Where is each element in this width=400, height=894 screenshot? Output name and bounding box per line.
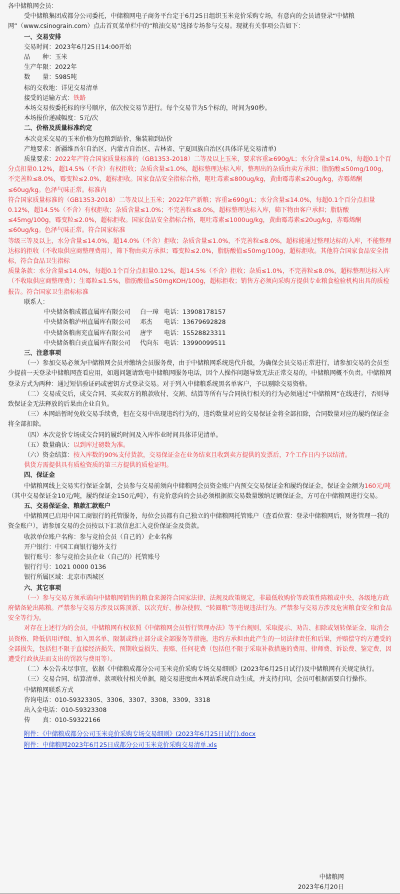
quality-requirement-3: 等级三等及以上，水分含量≤14.0%，超14.0%（不含）拒收；杂质含量≤1.0… <box>8 237 392 268</box>
quantity-confirm-value: 以到库过磅数为准。 <box>74 442 130 449</box>
footer-org: 中储粮网 <box>319 873 344 883</box>
other-item-1b: 对存在上述行为的会员，中储粮网有权依照《中储粮网会员暂行管理办法》等平台规则，采… <box>8 624 392 665</box>
section1-title: 一、交易安排 <box>8 33 392 43</box>
contact-phone: 电话：15528823311 <box>164 329 226 339</box>
quality-requirement-1: 质量要求：2022年产符合国家质量标准的（GB1353-2018）二等及以上玉米… <box>8 155 392 196</box>
contact-title: 中储粮网联系方式 <box>8 686 392 696</box>
delivery-label: 标的交收地： <box>24 85 61 92</box>
notice-item-6: （六）资金结算：按入库数的90%支付货款，交易保证金在业务结束且收到卖方提供的发… <box>8 451 392 461</box>
contact-name: 唐宇 <box>140 329 164 339</box>
trade-time-label: 交易时间： <box>24 44 55 51</box>
contact-company: 中央储备粮成都直属库有限公司 <box>44 308 140 318</box>
section4-title: 四、保证金 <box>8 471 392 481</box>
contact-company: 中央储备粮泸州直属库有限公司 <box>44 318 140 328</box>
quality-text-1: 2022年产符合国家质量标准的（GB1353-2018）二等及以上玉米，要求容重… <box>8 156 391 194</box>
price-step-label: 本场报价递减幅度： <box>24 115 80 122</box>
attachment-rules-link[interactable]: 附件：《中储粮成都分公司玉米竞价采购专场交易细则》(2023年6月25日试行).… <box>24 731 256 738</box>
contact-row: 中央储备粮泸州直属库有限公司邓杰电话：13679692828 <box>8 318 392 328</box>
year-label: 生产年限： <box>24 64 55 71</box>
notice-item-3: （三）本网站暂时免收交易手续费，但在交易中出现违约行为的，违约数量对应的交易保证… <box>8 410 392 430</box>
announcement-body: 各中储粮网会员： 受中储粮集团成都分公司委托，中储粮网电子商务平台定于6月25日… <box>0 0 400 751</box>
contact-company: 中央储备粮南充直属库有限公司 <box>44 329 140 339</box>
quantity-confirm-label: （五）数量确认： <box>24 442 74 449</box>
trade-time-value: 2023年6月25日14:00开始 <box>55 44 131 51</box>
notice-item-1: （一）参加交易必须为中储粮网会员并缴纳会员服务费，由于中储粮网系统迭代升级，为确… <box>8 359 392 390</box>
origin-requirement: 产地要求：新疆维吾尔自治区、内蒙古自治区、吉林省、宁夏回族自治区(具体详见交易清… <box>8 145 392 155</box>
contact-name: 代向东 <box>140 339 164 349</box>
quality-requirement-4: 质量条款：水分含量≤14.0%，每超0.1个百分点扣量0.12%，超14.5%（… <box>8 267 392 298</box>
contact-row: 中央储备粮成都直属库有限公司白一璋电话：13908178157 <box>8 308 392 318</box>
section3-title: 三、注意事项 <box>8 349 392 359</box>
bank-name: 开户银行：中国工商银行德外支行 <box>8 543 392 553</box>
bank-region: 银行所属区域：北京市西城区 <box>8 573 392 583</box>
quantity: 数 量：5985吨 <box>8 73 392 83</box>
intro-paragraph: 受中储粮集团成都分公司委托，中储粮网电子商务平台定于6月25日组织玉米竞价采购专… <box>8 12 392 32</box>
section6-title: 六、其它事项 <box>8 584 392 594</box>
delivery-place: 标的交收地：详见交易清单 <box>8 84 392 94</box>
contact-name: 邓杰 <box>140 318 164 328</box>
order-note: 本场交易按委托标的序号顺序，依次按交易节进行。每个交易节为5个标的，时间为90秒… <box>8 104 392 114</box>
quantity-value: 5985吨 <box>55 74 77 81</box>
deposit-paragraph: 中储粮网线上交易实行保证金制，会员参与交易前须向中储粮网会员资金账户内预交交易保… <box>8 482 392 502</box>
transport-mode: 接受的运输方式：铁路 <box>8 94 392 104</box>
price-step-value: 5元/次 <box>80 115 98 122</box>
contact-row: 中央储备粮南充直属库有限公司唐宇电话：15528823311 <box>8 329 392 339</box>
quantity-label: 数 量： <box>24 74 55 81</box>
other-item-2: （二）本公告未尽事宜，依据《中储粮成都分公司玉米竞价采购专场交易细则》(2023… <box>8 665 392 675</box>
variety: 品 种：玉米 <box>8 53 392 63</box>
quality-label: 质量要求： <box>24 156 55 163</box>
settlement-value: 按入库数的90%支付货款，交易保证金在业务结束且收到卖方提供的发票后，7个工作日… <box>74 452 352 459</box>
section5-title: 五、交易保证金、粮款汇款账户 <box>8 502 392 512</box>
variety-value: 玉米 <box>55 54 67 61</box>
account-name: 收款单位账户名称：参与竞拍会员（自己的）企业名称 <box>8 533 392 543</box>
transport-label: 接受的运输方式： <box>24 95 74 102</box>
deposit-text-b: （其中交易保证金10元/吨，履约保证金150元/吨），有竞价意向的会员必须根据拟… <box>8 493 381 500</box>
contacts-label: 联系人： <box>8 298 392 308</box>
quality-requirement-2: 符合国家质量标准的（GB1353-2018）二等及以上玉米；2022年产新粮；容… <box>8 196 392 237</box>
price-note: 本次竞采交易的玉米价格为包粮到站价、集装箱到站价 <box>8 135 392 145</box>
variety-label: 品 种： <box>24 54 55 61</box>
fax: 传 真：010-59322166 <box>8 716 392 726</box>
transport-value: 铁路 <box>74 95 86 102</box>
bank-code: 银行行号：1021 0000 0136 <box>8 563 392 573</box>
consult-phone: 咨询电话：010-59323305、3306、3307、3308、3309、33… <box>8 696 392 706</box>
notice-item-4: （四）本次竞价专场成交合同的履约时间及入库作业时间具体详见清单。 <box>8 431 392 441</box>
year-value: 2022年 <box>55 64 77 71</box>
funds-phone: 出入金电话：010-59323308 <box>8 706 392 716</box>
price-step: 本场报价递减幅度：5元/次 <box>8 114 392 124</box>
contact-phone: 电话：13679692828 <box>164 318 226 328</box>
settlement-label: （六）资金结算： <box>24 452 74 459</box>
other-item-1: （一）参与交易方须承诺向中储粮网销售的粮食来源符合国家法律、法规及政策规定，非最… <box>8 594 392 625</box>
contact-name: 白一璋 <box>140 308 164 318</box>
contact-phone: 电话：13908178157 <box>164 308 226 318</box>
contact-phone: 电话：13990099511 <box>164 339 226 349</box>
deposit-text-a: 中储粮网线上交易实行保证金制，会员参与交易前须向中储粮网会员资金账户内预交交易保… <box>24 483 364 490</box>
notice-item-5: （五）数量确认：以到库过磅数为准。 <box>8 441 392 451</box>
account-number: 银行账号：参与竞拍会员企业（自己的）托管账号 <box>8 553 392 563</box>
contact-row: 中央储备粮白贡直属库有限公司代向东电话：13990099511 <box>8 339 392 349</box>
delivery-value: 详见交易清单 <box>61 85 98 92</box>
deposit-amount: 160元/吨 <box>364 483 390 490</box>
footer-date: 2023年6月20日 <box>298 883 344 893</box>
other-item-3: （三）交易合同、结算清单、款项收付相关单据，随交易进度由本网站系统自动生成，并支… <box>8 675 392 685</box>
production-year: 生产年限：2022年 <box>8 63 392 73</box>
notice-item-2: （二）交易成交后，成交合同、买卖双方的粮款收付、交割、结算等所有与合同执行相关的… <box>8 390 392 410</box>
greeting: 各中储粮网会员： <box>8 2 392 12</box>
attachment-list-link[interactable]: 附件：中储粮网2023年6月25日成都分公司玉米竞价采购交易清单.xls <box>24 742 217 749</box>
account-paragraph: 中储粮网已启用中国工商银行的托管服务，每位会员都有自己独立的中储粮网托管账户（查… <box>8 512 392 532</box>
section2-title: 二、价格及质量标准约定 <box>8 124 392 134</box>
contact-company: 中央储备粮白贡直属库有限公司 <box>44 339 140 349</box>
notice-item-7: 供货方需提供具有质检资质的第三方提供的质检证明。 <box>8 461 392 471</box>
trade-time: 交易时间：2023年6月25日14:00开始 <box>8 43 392 53</box>
